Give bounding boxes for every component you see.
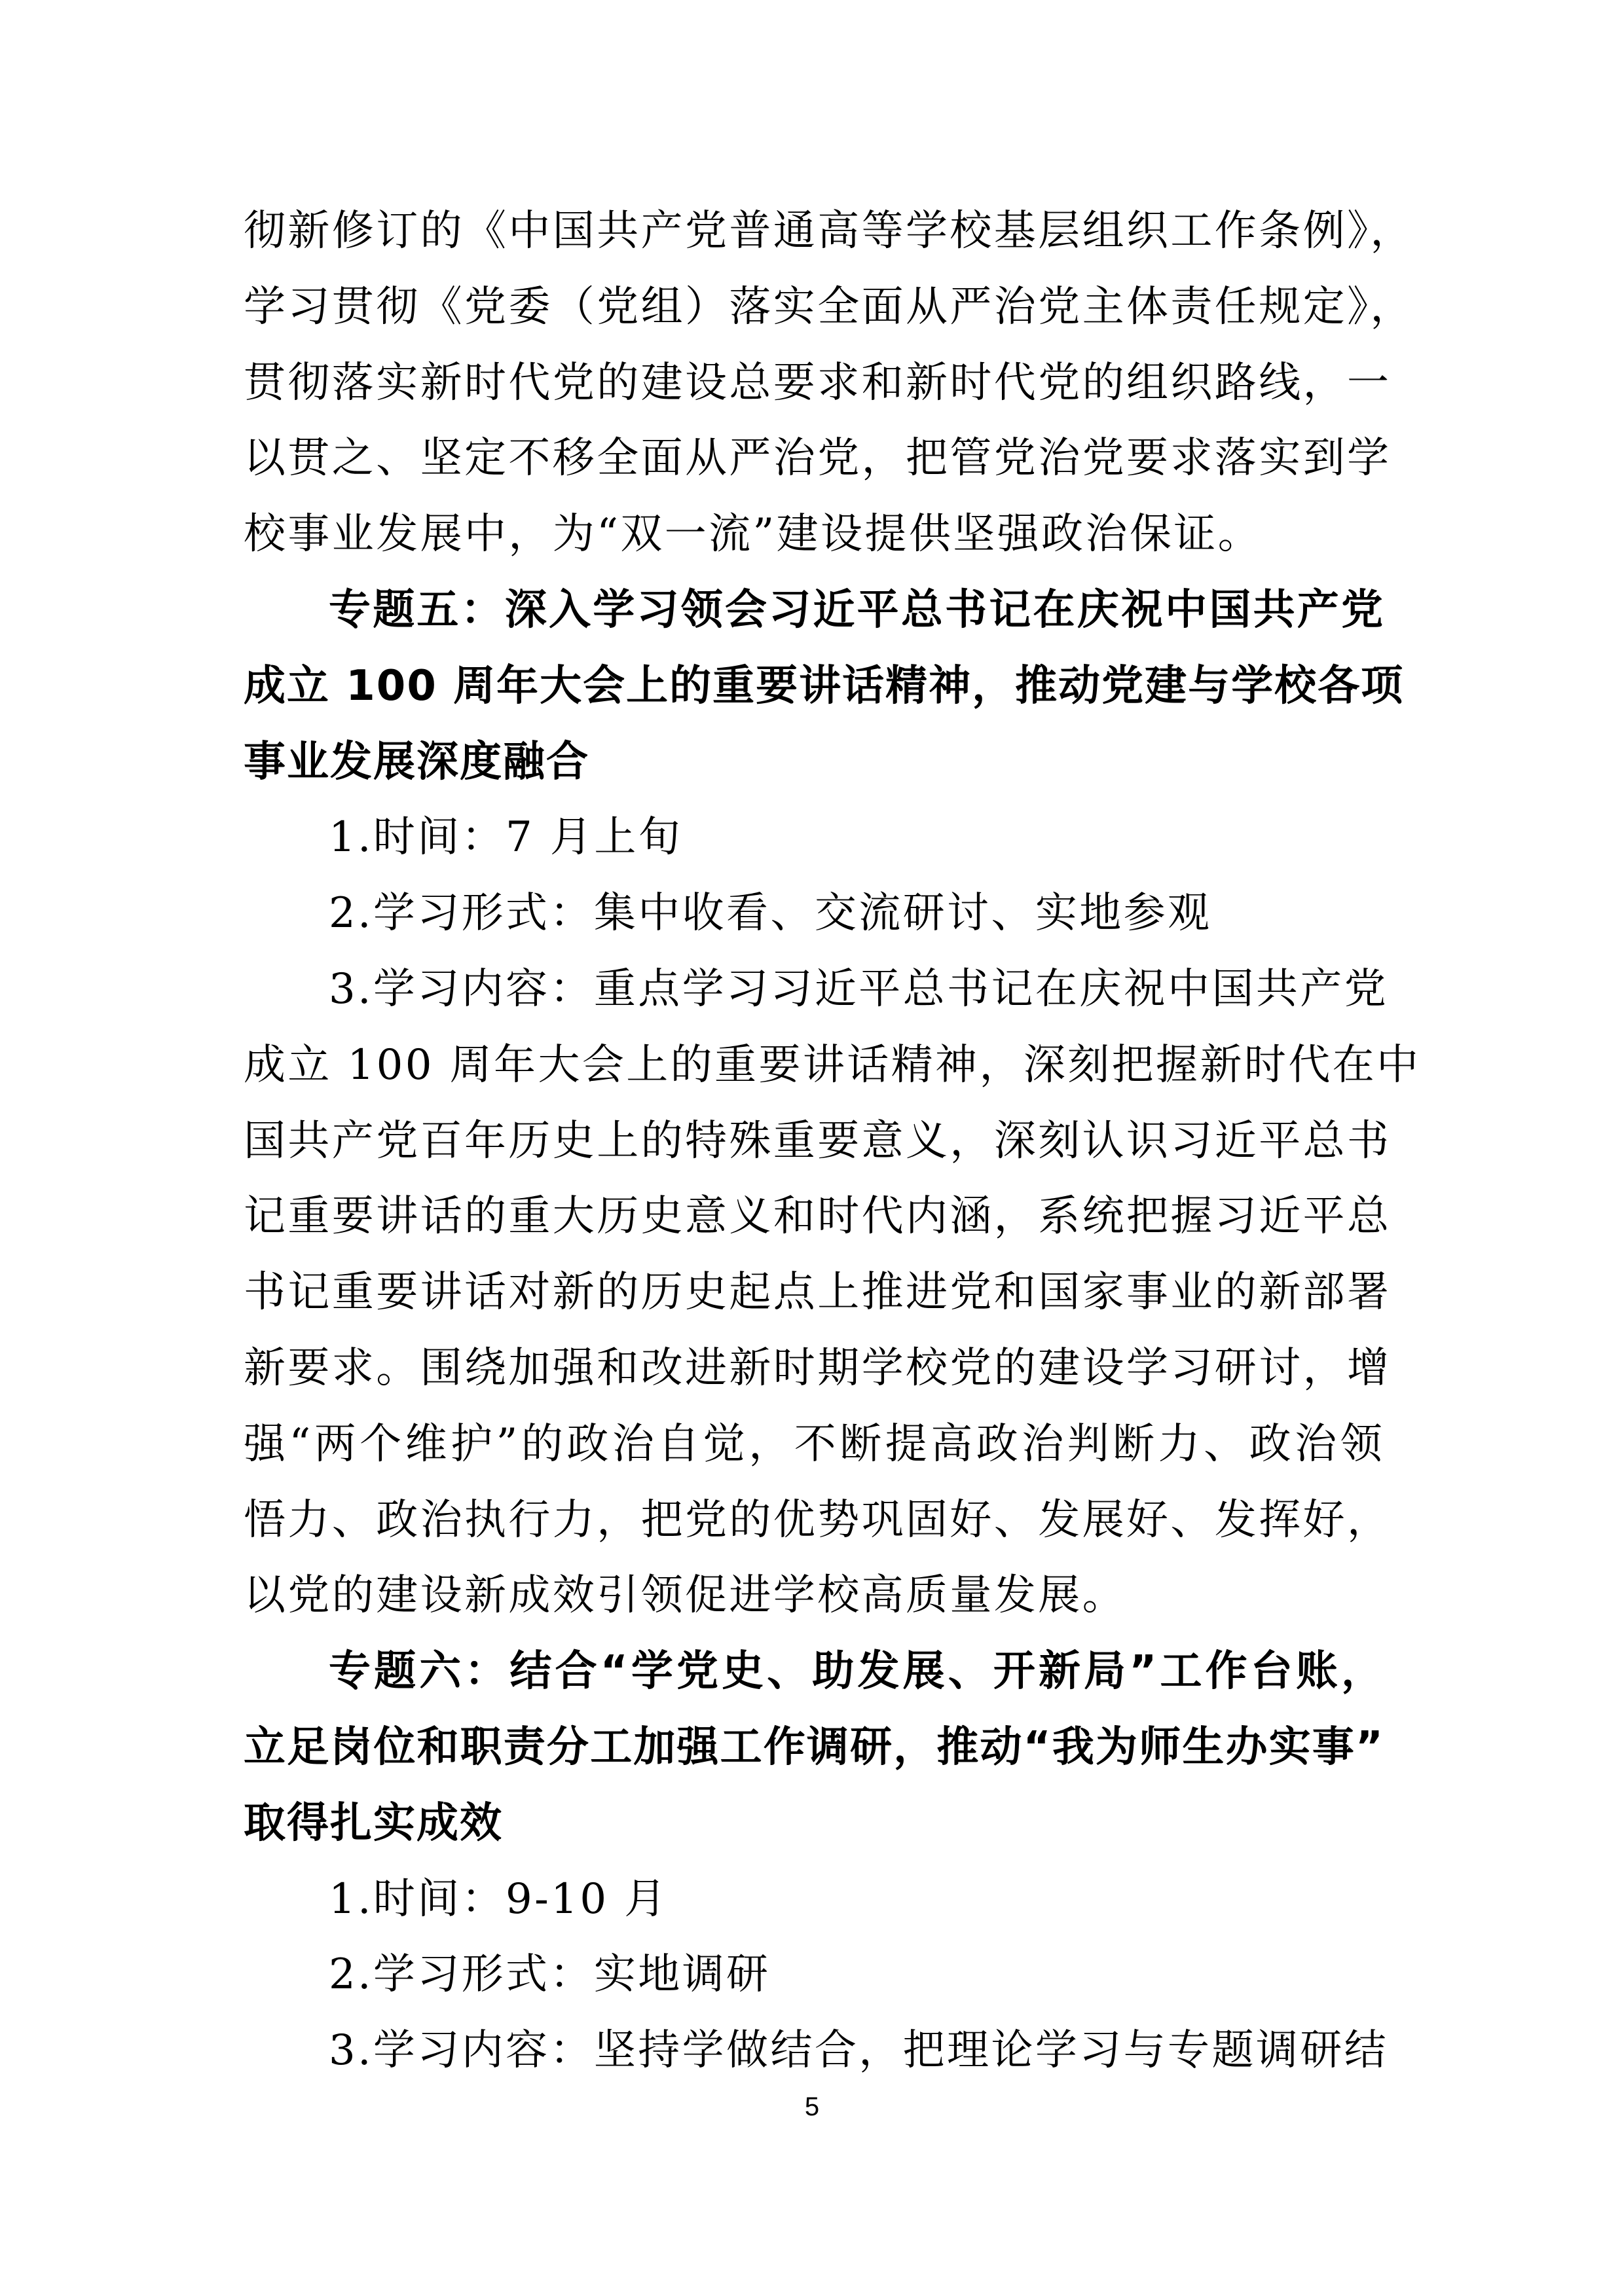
paragraph-line: 以党的建设新成效引领促进学校高质量发展。 bbox=[244, 1558, 1384, 1634]
heading-line: 立足岗位和职责分工加强工作调研，推动“我为师生办实事” bbox=[244, 1710, 1384, 1786]
topic5-form: 2.学习形式：集中收看、交流研讨、实地参观 bbox=[244, 876, 1384, 952]
paragraph-line: 3.学习内容：坚持学做结合，把理论学习与专题调研结 bbox=[244, 2013, 1384, 2089]
topic5-content: 3.学习内容：重点学习习近平总书记在庆祝中国共产党 成立 100 周年大会上的重… bbox=[244, 952, 1384, 1634]
topic5-section: 专题五：深入学习领会习近平总书记在庆祝中国共产党 成立 100 周年大会上的重要… bbox=[244, 573, 1384, 1634]
paragraph-line: 以贯之、坚定不移全面从严治党，把管党治党要求落实到学 bbox=[244, 421, 1384, 497]
paragraph-line: 3.学习内容：重点学习习近平总书记在庆祝中国共产党 bbox=[244, 952, 1384, 1028]
topic6-heading: 专题六：结合“学党史、助发展、开新局”工作台账， 立足岗位和职责分工加强工作调研… bbox=[244, 1634, 1384, 1861]
heading-line: 取得扎实成效 bbox=[244, 1786, 1384, 1862]
paragraph-line: 悟力、政治执行力，把党的优势巩固好、发展好、发挥好， bbox=[244, 1483, 1384, 1559]
topic6-content: 3.学习内容：坚持学做结合，把理论学习与专题调研结 bbox=[244, 2013, 1384, 2089]
paragraph-line: 书记重要讲话对新的历史起点上推进党和国家事业的新部署 bbox=[244, 1255, 1384, 1331]
intro-paragraph: 彻新修订的《中国共产党普通高等学校基层组织工作条例》， 学习贯彻《党委（党组）落… bbox=[244, 194, 1384, 573]
paragraph-line: 强“两个维护”的政治自觉，不断提高政治判断力、政治领 bbox=[244, 1407, 1384, 1483]
paragraph-line: 新要求。围绕加强和改进新时期学校党的建设学习研讨，增 bbox=[244, 1331, 1384, 1407]
paragraph-line: 彻新修订的《中国共产党普通高等学校基层组织工作条例》， bbox=[244, 194, 1384, 270]
paragraph-line: 校事业发展中，为“双一流”建设提供坚强政治保证。 bbox=[244, 497, 1384, 573]
paragraph-line: 成立 100 周年大会上的重要讲话精神，深刻把握新时代在中 bbox=[244, 1028, 1384, 1104]
heading-line: 成立 100 周年大会上的重要讲话精神，推动党建与学校各项 bbox=[244, 649, 1384, 725]
heading-line: 专题五：深入学习领会习近平总书记在庆祝中国共产党 bbox=[244, 573, 1384, 649]
paragraph-line: 学习贯彻《党委（党组）落实全面从严治党主体责任规定》， bbox=[244, 270, 1384, 346]
paragraph-line: 记重要讲话的重大历史意义和时代内涵，系统把握习近平总 bbox=[244, 1179, 1384, 1255]
topic6-form: 2.学习形式：实地调研 bbox=[244, 1937, 1384, 2013]
paragraph-line: 贯彻落实新时代党的建设总要求和新时代党的组织路线，一 bbox=[244, 346, 1384, 422]
topic6-section: 专题六：结合“学党史、助发展、开新局”工作台账， 立足岗位和职责分工加强工作调研… bbox=[244, 1634, 1384, 2089]
page-number: 5 bbox=[779, 2092, 845, 2122]
paragraph-line: 国共产党百年历史上的特殊重要意义，深刻认识习近平总书 bbox=[244, 1104, 1384, 1180]
page-body: 彻新修订的《中国共产党普通高等学校基层组织工作条例》， 学习贯彻《党委（党组）落… bbox=[244, 194, 1384, 2089]
heading-line: 专题六：结合“学党史、助发展、开新局”工作台账， bbox=[244, 1634, 1384, 1710]
topic5-heading: 专题五：深入学习领会习近平总书记在庆祝中国共产党 成立 100 周年大会上的重要… bbox=[244, 573, 1384, 800]
heading-line: 事业发展深度融合 bbox=[244, 725, 1384, 801]
topic6-time: 1.时间：9-10 月 bbox=[244, 1862, 1384, 1938]
topic5-time: 1.时间：7 月上旬 bbox=[244, 800, 1384, 876]
document-page: 彻新修订的《中国共产党普通高等学校基层组织工作条例》， 学习贯彻《党委（党组）落… bbox=[0, 0, 1624, 2296]
